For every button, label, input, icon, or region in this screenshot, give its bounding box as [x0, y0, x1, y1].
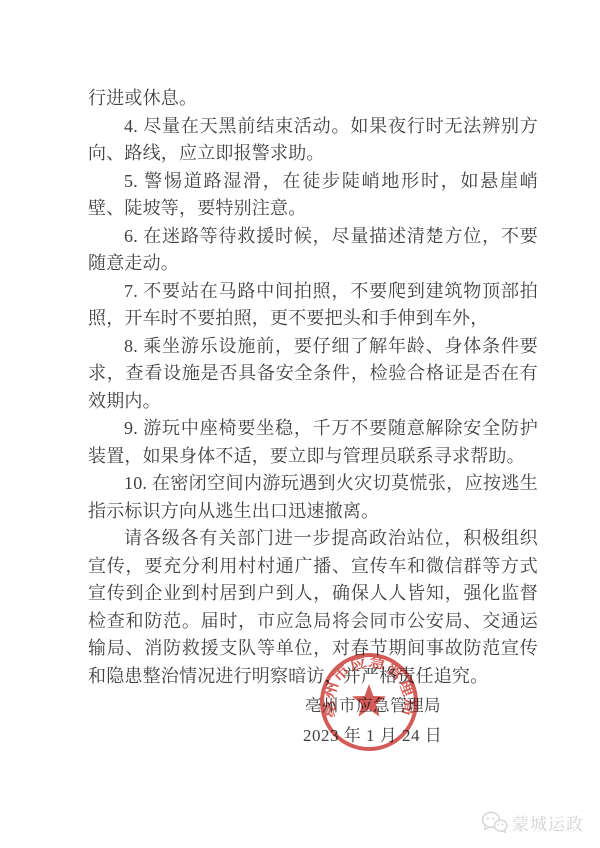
document-body: 行进或休息。 4. 尽量在天黑前结束活动。如果夜行时无法辨别方向、路线，应立即报… [88, 85, 538, 690]
paragraph-item-6: 6. 在迷路等待救援时候，尽量描述清楚方位，不要随意走动。 [88, 223, 538, 278]
watermark-text: 蒙城运政 [512, 810, 584, 835]
paragraph-item-9: 9. 游玩中座椅要坐稳，千万不要随意解除安全防护装置，如果身体不适，要立即与管理… [88, 415, 538, 470]
paragraph-continuation: 行进或休息。 [88, 85, 538, 113]
wechat-icon [481, 811, 508, 834]
scanned-document-page: 行进或休息。 4. 尽量在天黑前结束活动。如果夜行时无法辨别方向、路线，应立即报… [0, 0, 600, 848]
watermark: 蒙城运政 [481, 810, 584, 835]
issuing-authority-signature: 亳州市应急管理局 [305, 692, 441, 716]
paragraph-item-7: 7. 不要站在马路中间拍照，不要爬到建筑物顶部拍照，开车时不要拍照，更不要把头和… [88, 278, 538, 333]
paragraph-item-5: 5. 警惕道路湿滑，在徒步陡峭地形时，如悬崖峭壁、陡坡等，要特别注意。 [88, 168, 538, 223]
paragraph-item-10: 10. 在密闭空间内游玩遇到火灾切莫慌张，应按逃生指示标识方向从逃生出口迅速撤离… [88, 470, 538, 525]
paragraph-closing: 请各级各有关部门进一步提高政治站位，积极组织宣传，要充分利用村村通广播、宣传车和… [88, 525, 538, 690]
paragraph-item-8: 8. 乘坐游乐设施前，要仔细了解年龄、身体条件要求，查看设施是否具备安全条件，检… [88, 333, 538, 416]
document-date: 2023 年 1 月 24 日 [303, 721, 442, 746]
paragraph-item-4: 4. 尽量在天黑前结束活动。如果夜行时无法辨别方向、路线，应立即报警求助。 [88, 113, 538, 168]
